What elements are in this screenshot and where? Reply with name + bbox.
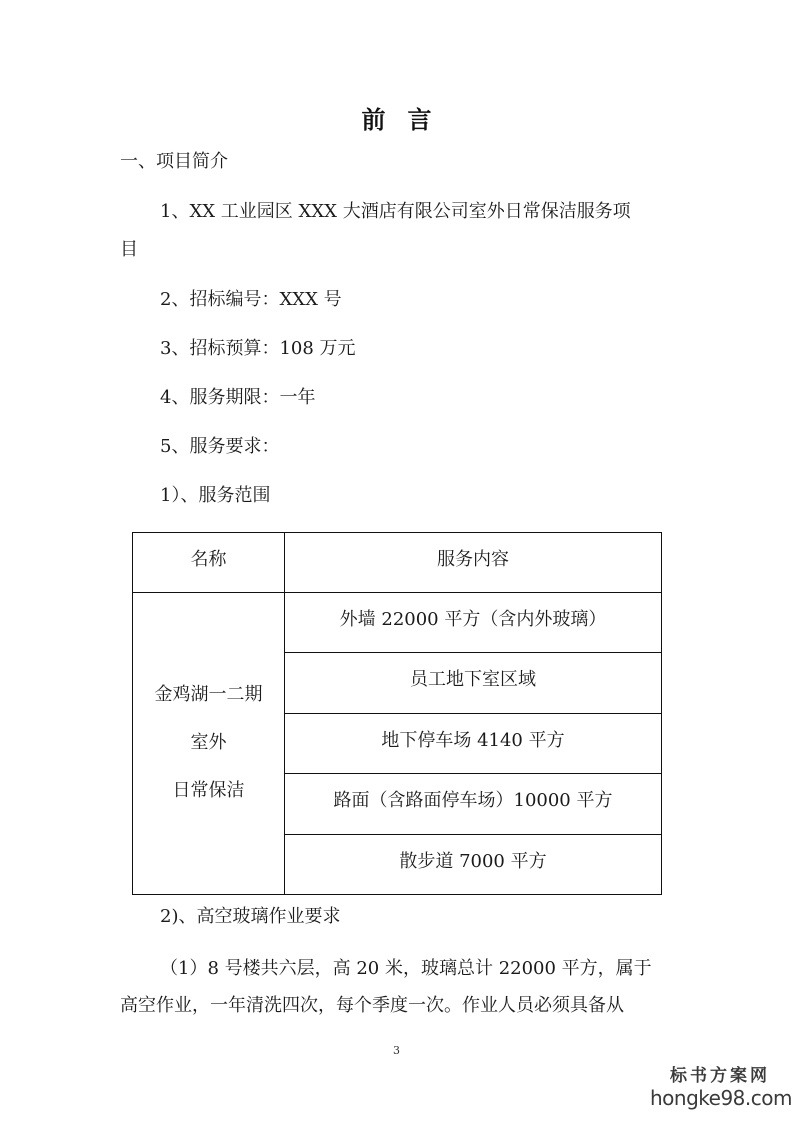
table-row: 金鸡湖一二期 室外 日常保洁 外墙 22000 平方（含内外玻璃）	[133, 593, 662, 653]
table-cell-content: 路面（含路面停车场）10000 平方	[285, 774, 662, 834]
subsection-scope: 1）、服务范围	[160, 484, 270, 508]
service-period: 4、服务期限：一年	[160, 386, 315, 410]
paragraph-line1: （1）8 号楼共六层，高 20 米，玻璃总计 22000 平方，属于	[160, 957, 652, 981]
section-heading: 一、项目简介	[120, 150, 228, 174]
watermark-url: hongke98.com	[650, 1086, 790, 1110]
name-cell-line: 室外	[133, 719, 284, 767]
table-header-name: 名称	[133, 533, 285, 593]
table-name-cell: 金鸡湖一二期 室外 日常保洁	[133, 593, 285, 895]
subsection-glass: 2)、高空玻璃作业要求	[160, 905, 340, 929]
project-name-line2: 目	[120, 238, 138, 262]
service-scope-table: 名称 服务内容 金鸡湖一二期 室外 日常保洁 外墙 22000 平方（含内外玻璃…	[132, 532, 662, 895]
name-cell-line: 日常保洁	[133, 767, 284, 815]
page-number: 3	[0, 1044, 793, 1057]
document-page: 前言 一、项目简介 1、XX 工业园区 XXX 大酒店有限公司室外日常保洁服务项…	[0, 0, 793, 1122]
table-cell-content: 外墙 22000 平方（含内外玻璃）	[285, 593, 662, 653]
table-cell-content: 散步道 7000 平方	[285, 834, 662, 894]
project-name-line1: 1、XX 工业园区 XXX 大酒店有限公司室外日常保洁服务项	[160, 200, 631, 224]
table-header-content: 服务内容	[285, 533, 662, 593]
bid-number: 2、招标编号：XXX 号	[160, 288, 342, 312]
watermark-name: 标书方案网	[650, 1066, 790, 1086]
watermark: 标书方案网 hongke98.com	[650, 1066, 790, 1110]
table-cell-content: 地下停车场 4140 平方	[285, 713, 662, 773]
table-cell-content: 员工地下室区域	[285, 653, 662, 713]
budget: 3、招标预算：108 万元	[160, 337, 356, 361]
name-cell-line: 金鸡湖一二期	[133, 671, 284, 719]
table-header-row: 名称 服务内容	[133, 533, 662, 593]
service-requirements: 5、服务要求：	[160, 435, 279, 459]
page-title: 前言	[0, 100, 793, 135]
paragraph-line2: 高空作业，一年清洗四次，每个季度一次。作业人员必须具备从	[120, 994, 624, 1018]
